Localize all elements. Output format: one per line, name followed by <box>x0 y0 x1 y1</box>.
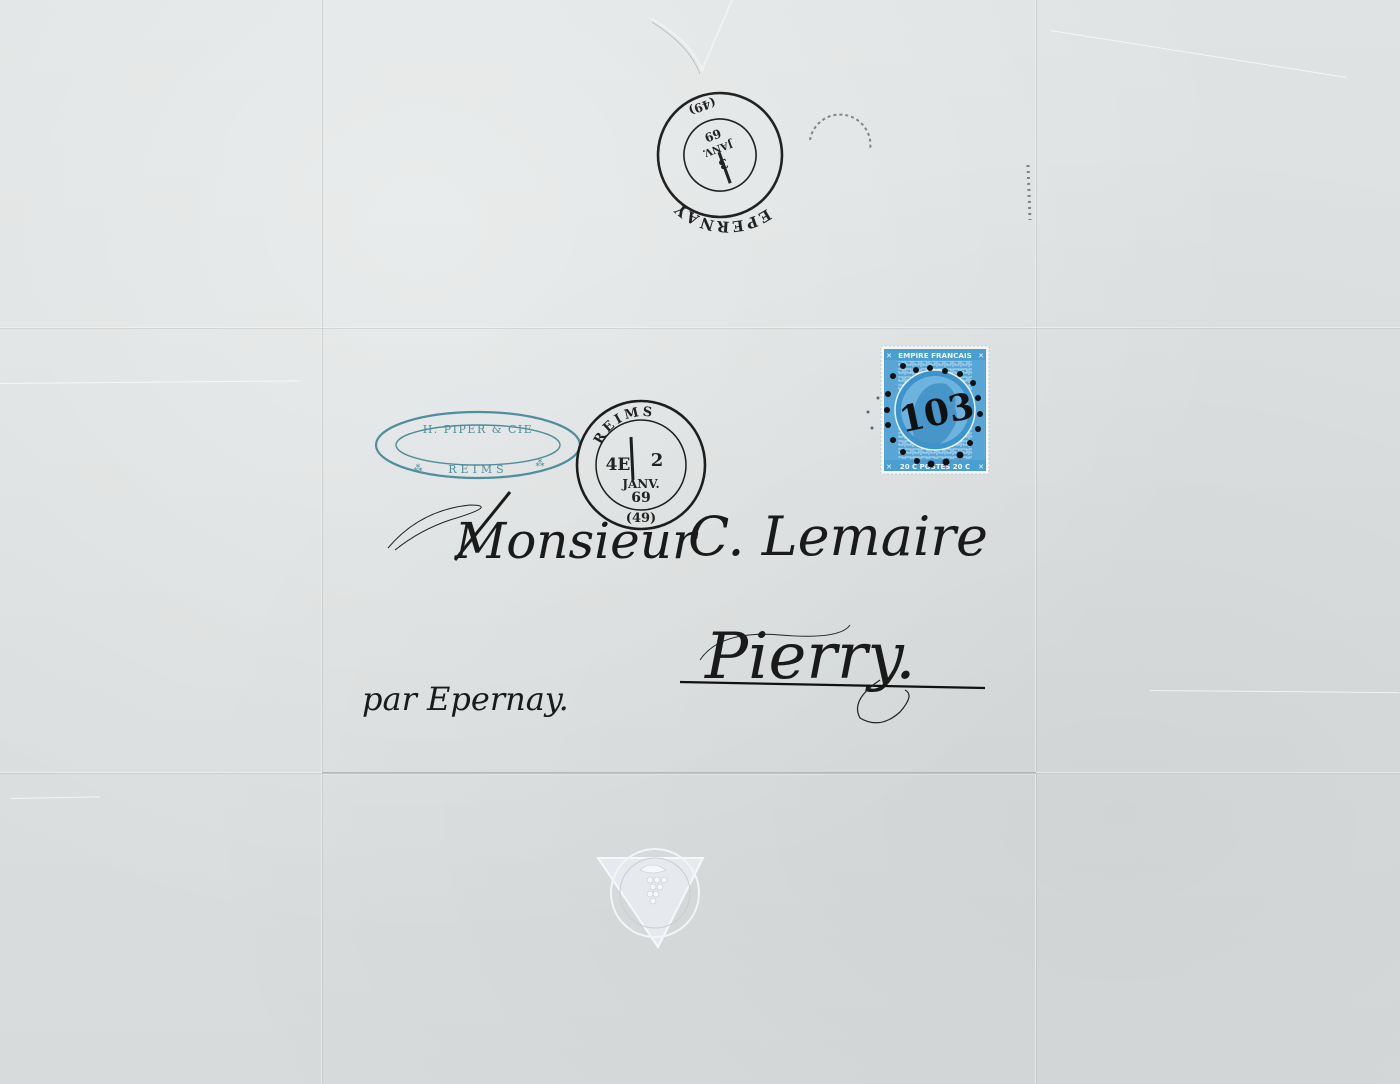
svg-text:par Epernay.: par Epernay. <box>362 680 569 718</box>
embossed-seal-grapes <box>598 849 703 947</box>
svg-text:✕: ✕ <box>886 463 892 471</box>
svg-text:H. PIPER & CIE: H. PIPER & CIE <box>423 423 534 436</box>
svg-text:69: 69 <box>631 490 650 506</box>
svg-text:4E: 4E <box>606 455 631 475</box>
svg-text:Monsieur: Monsieur <box>454 512 699 570</box>
letter-sheet: EPERNAY 3 JANV. 69 (49) H. PIPER & CIE R… <box>0 0 1400 1084</box>
svg-text:REIMS: REIMS <box>448 463 507 476</box>
company-cachet-piper: H. PIPER & CIE REIMS ⁂ ⁂ <box>376 412 580 478</box>
arrival-postmark-epernay: EPERNAY 3 JANV. 69 (49) <box>636 76 807 256</box>
svg-text:✕: ✕ <box>886 352 892 360</box>
svg-text:REIMS: REIMS <box>591 404 656 446</box>
svg-text:⁂: ⁂ <box>414 463 423 474</box>
address-block: Monsieur C. Lemaire Pierry. par Epernay. <box>362 492 988 723</box>
svg-text:JANV.: JANV. <box>621 477 659 491</box>
embossed-flap-top <box>650 0 732 74</box>
svg-text:EPERNAY: EPERNAY <box>667 172 776 256</box>
svg-text:⁂: ⁂ <box>536 458 545 469</box>
departure-postmark-reims: REIMS 4E 2 JANV. 69 (49) <box>577 401 705 529</box>
svg-text:✕: ✕ <box>978 463 984 471</box>
svg-text:C. Lemaire: C. Lemaire <box>688 505 988 568</box>
svg-text:EMPIRE FRANCAIS: EMPIRE FRANCAIS <box>898 351 972 360</box>
svg-text:(49): (49) <box>687 95 718 118</box>
svg-text:20 C POSTES 20 C: 20 C POSTES 20 C <box>900 463 970 471</box>
svg-text:✕: ✕ <box>978 352 984 360</box>
faint-postmark-strike <box>810 115 1030 220</box>
postage-stamp-20c-napoleon: EMPIRE FRANCAIS ✕ ✕ 20 C POSTES 20 C ✕ ✕ <box>867 346 990 474</box>
svg-text:2: 2 <box>651 450 664 471</box>
